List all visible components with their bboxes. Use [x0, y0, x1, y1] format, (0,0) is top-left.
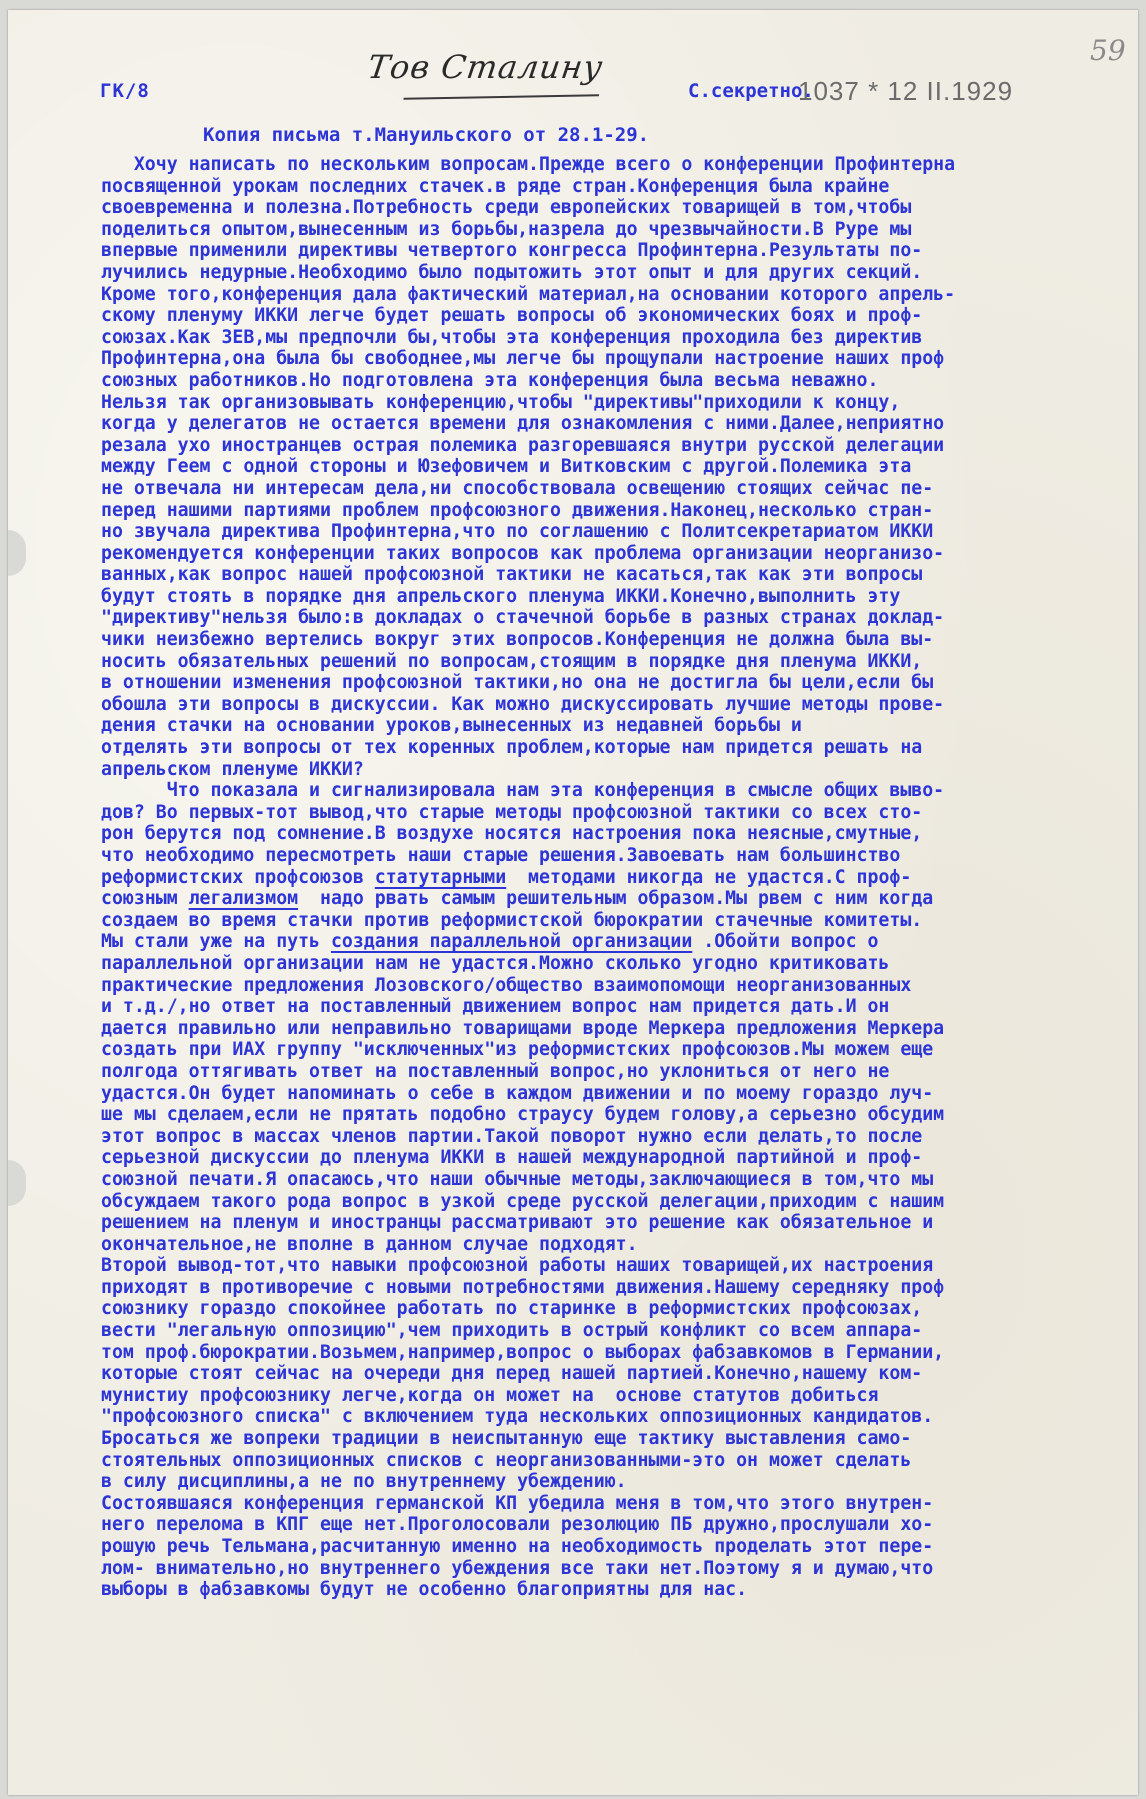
letter-line: в отношении изменения профсоюзной тактик… [101, 672, 1141, 694]
letter-line: мунистиу профсоюзнику легче,когда он мож… [101, 1385, 1141, 1407]
letter-line: Что показала и сигнализировала нам эта к… [101, 780, 1141, 802]
underlined-phrase: статутарными [375, 867, 506, 888]
letter-line: этот вопрос в массах членов партии.Такой… [101, 1126, 1141, 1148]
letter-line: серьезной дискуссии до пленума ИККИ в на… [101, 1147, 1141, 1169]
document-page: ГК/8 Тов Сталину С.секретно. 1037 * 12 I… [8, 10, 1138, 1795]
letter-line: которые стоят сейчас на очереди дня пере… [101, 1363, 1141, 1385]
folio-number: 59 [1090, 34, 1126, 67]
letter-line: и т.д./,но ответ на поставленный движени… [101, 996, 1141, 1018]
letter-line: Состоявшаяся конференция германской КП у… [101, 1493, 1141, 1515]
letter-line: него перелома в КПГ еще нет.Проголосовал… [101, 1514, 1141, 1536]
letter-line: между Геем с одной стороны и Юзефовичем … [101, 456, 1141, 478]
letter-line: в силу дисциплины,а не по внутреннему уб… [101, 1471, 1141, 1493]
letter-line: Нельзя так организовывать конференцию,чт… [101, 392, 1141, 414]
letter-line: союзных работников.Но подготовлена эта к… [101, 370, 1141, 392]
underlined-phrase: создания параллельной организации [331, 931, 692, 952]
letter-line: реформистских профсоюзов статутарными ме… [101, 867, 1141, 889]
letter-title: Копия письма т.Мануильского от 28.1-29. [203, 124, 649, 146]
letter-line: не отвечала ни интересам дела,ни способс… [101, 478, 1141, 500]
letter-line: обсуждаем такого рода вопрос в узкой сре… [101, 1191, 1141, 1213]
letter-line: Бросаться же вопреки традиции в неиспыта… [101, 1428, 1141, 1450]
punch-hole [8, 530, 26, 576]
letter-line: апрельском пленуме ИККИ? [101, 759, 1141, 781]
letter-line: приходят в противоречие с новыми потребн… [101, 1277, 1141, 1299]
letter-line: дается правильно или неправильно товарищ… [101, 1018, 1141, 1040]
letter-line: ше мы сделаем,если не прятать подобно ст… [101, 1104, 1141, 1126]
letter-line: резала ухо иностранцев острая полемика р… [101, 435, 1141, 457]
letter-line: лом- внимательно,но внутреннего убеждени… [101, 1558, 1141, 1580]
letter-line: вести "легальную оппозицию",чем приходит… [101, 1320, 1141, 1342]
letter-line: Кроме того,конференция дала фактический … [101, 284, 1141, 306]
letter-line: параллельной организации нам не удастся.… [101, 953, 1141, 975]
registration-stamp: 1037 * 12 II.1929 [798, 76, 1013, 107]
letter-line: стоятельных оппозиционных списков с неор… [101, 1450, 1141, 1472]
letter-body: Хочу написать по нескольким вопросам.Пре… [101, 154, 1141, 1601]
letter-line: своевременна и полезна.Потребность среди… [101, 197, 1141, 219]
letter-line: посвященной урокам последних стачек.в ря… [101, 176, 1141, 198]
letter-line: носить обязательных решений по вопросам,… [101, 651, 1141, 673]
letter-line: отделять эти вопросы от тех коренных про… [101, 737, 1141, 759]
letter-line: выборы в фабзавкомы будут не особенно бл… [101, 1579, 1141, 1601]
letter-line: ванных,как вопрос нашей профсоюзной такт… [101, 564, 1141, 586]
letter-line: союзах.Как ЗЕВ,мы предпочли бы,чтобы эта… [101, 327, 1141, 349]
letter-line: окончательное,не вполне в данном случае … [101, 1234, 1141, 1256]
underlined-phrase: легализмом [189, 888, 299, 909]
letter-line: поделиться опытом,вынесенным из борьбы,н… [101, 219, 1141, 241]
letter-line: Второй вывод-тот,что навыки профсоюзной … [101, 1255, 1141, 1277]
letter-line: создать при ИАХ группу "исключенных"из р… [101, 1039, 1141, 1061]
letter-line: союзной печати.Я опасаюсь,что наши обычн… [101, 1169, 1141, 1191]
letter-line: практические предложения Лозовского/обще… [101, 975, 1141, 997]
letter-line: дов? Во первых-тот вывод,что старые мето… [101, 802, 1141, 824]
letter-line: Профинтерна,она была бы свободнее,мы лег… [101, 348, 1141, 370]
letter-line: но звучала директива Профинтерна,что по … [101, 521, 1141, 543]
letter-line: лучились недурные.Необходимо было подыто… [101, 262, 1141, 284]
letter-line: рон берутся под сомнение.В воздухе носят… [101, 823, 1141, 845]
letter-line: союзным легализмом надо рвать самым реши… [101, 888, 1141, 910]
punch-hole [8, 1160, 26, 1206]
letter-line: "профсоюзного списка" с включением туда … [101, 1406, 1141, 1428]
letter-line: когда у делегатов не остается времени дл… [101, 413, 1141, 435]
letter-line: Хочу написать по нескольким вопросам.Пре… [101, 154, 1141, 176]
letter-line: будут стоять в порядке дня апрельского п… [101, 586, 1141, 608]
letter-line: решением на пленум и иностранцы рассматр… [101, 1212, 1141, 1234]
handwritten-addressee-note: Тов Сталину [365, 48, 605, 86]
letter-line: рекомендуется конференции таких вопросов… [101, 543, 1141, 565]
letter-line: чики неизбежно вертелись вокруг этих воп… [101, 629, 1141, 651]
letter-line: перед нашими партиями проблем профсоюзно… [101, 500, 1141, 522]
document-reference: ГК/8 [100, 80, 150, 102]
letter-line: полгода оттягивать ответ на поставленный… [101, 1061, 1141, 1083]
letter-line: Мы стали уже на путь создания параллельн… [101, 931, 1141, 953]
letter-line: создаем во время стачки против реформист… [101, 910, 1141, 932]
letter-line: скому пленуму ИККИ легче будет решать во… [101, 305, 1141, 327]
letter-line: союзнику гораздо спокойнее работать по с… [101, 1298, 1141, 1320]
letter-line: дения стачки на основании уроков,вынесен… [101, 715, 1141, 737]
classification-label: С.секретно. [688, 80, 814, 102]
letter-line: рошую речь Тельмана,расчитанную именно н… [101, 1536, 1141, 1558]
letter-line: что необходимо пересмотреть наши старые … [101, 845, 1141, 867]
letter-line: удастся.Он будет напоминать о себе в каж… [101, 1083, 1141, 1105]
letter-line: "директиву"нельзя было:в докладах о стач… [101, 607, 1141, 629]
letter-line: впервые применили директивы четвертого к… [101, 240, 1141, 262]
letter-line: обошла эти вопросы в дискуссии. Как можн… [101, 694, 1141, 716]
letter-line: том проф.бюрократии.Возьмем,например,воп… [101, 1342, 1141, 1364]
